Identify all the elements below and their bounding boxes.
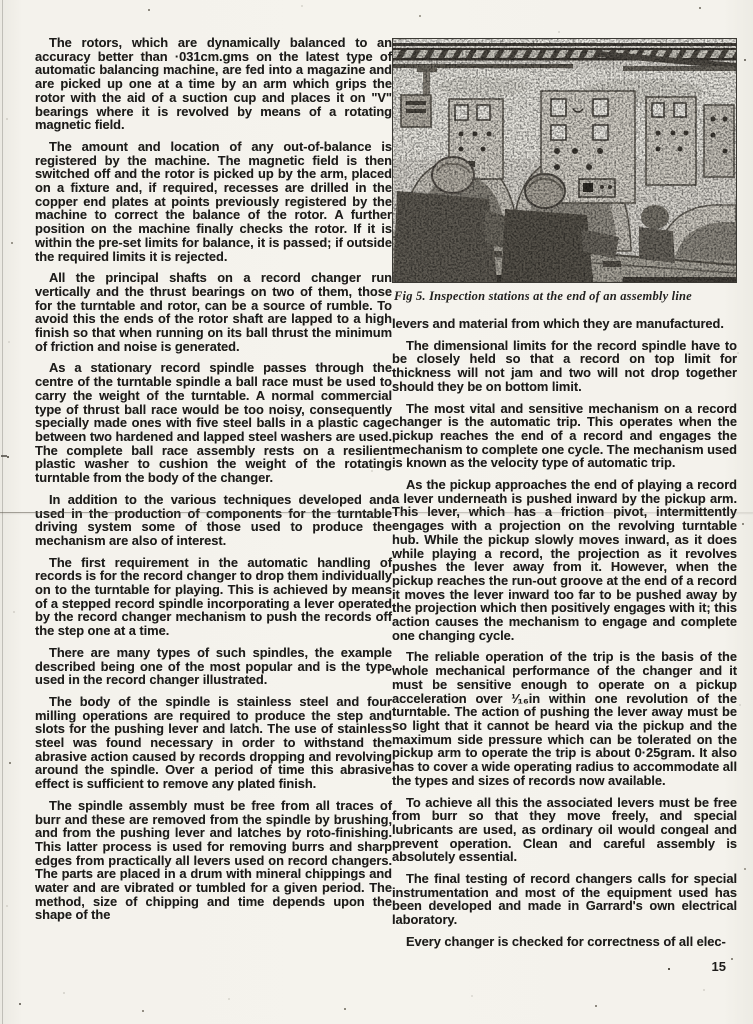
assembly-line-photo-illustration [393,39,736,282]
body-paragraph: Every changer is checked for correctness… [392,935,737,949]
page-number: 15 [712,959,726,974]
body-paragraph: The reliable operation of the trip is th… [392,650,737,787]
body-paragraph: The first requirement in the automatic h… [35,556,392,638]
scan-mark-artifact [1,455,7,457]
figure-caption: Fig 5. Inspection stations at the end of… [394,289,737,304]
scanned-document-page: The rotors, which are dynamically balanc… [0,0,753,1024]
right-column: Fig 5. Inspection stations at the end of… [392,38,737,957]
body-paragraph: The final testing of record changers cal… [392,872,737,927]
body-paragraph: The dimensional limits for the record sp… [392,339,737,394]
body-paragraph: To achieve all this the associated lever… [392,796,737,865]
body-paragraph: The spindle assembly must be free from a… [35,799,392,922]
left-column: The rotors, which are dynamically balanc… [35,36,392,930]
body-paragraph: levers and material from which they are … [392,317,737,331]
body-paragraph: As a stationary record spindle passes th… [35,361,392,484]
body-paragraph: The body of the spindle is stainless ste… [35,695,392,791]
body-paragraph: The amount and location of any out-of-ba… [35,140,392,263]
page-crease-artifact [0,512,753,513]
body-paragraph: There are many types of such spindles, t… [35,646,392,687]
body-paragraph: The rotors, which are dynamically balanc… [35,36,392,132]
body-paragraph: In addition to the various techniques de… [35,493,392,548]
figure-photo [392,38,737,283]
scan-speckle-artifacts [0,0,2,2]
body-paragraph: As the pickup approaches the end of play… [392,478,737,642]
body-paragraph: All the principal shafts on a record cha… [35,271,392,353]
body-paragraph: The most vital and sensitive mechanism o… [392,402,737,471]
